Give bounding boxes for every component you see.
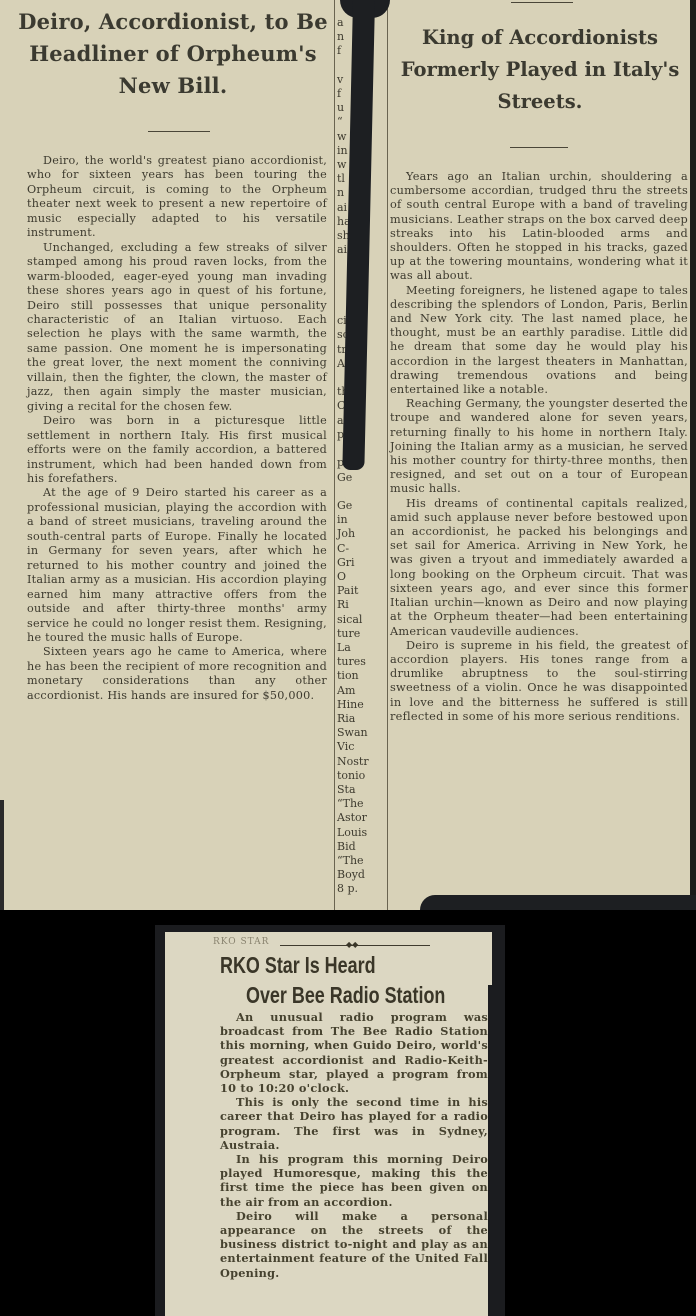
paragraph: Deiro was born in a picturesque little s… — [27, 414, 327, 486]
bottom-headline-line1: RKO Star Is Heard — [220, 952, 376, 979]
bottom-headline-line2: Over Bee Radio Station — [246, 982, 445, 1009]
paragraph: Deiro will make a personal appearance on… — [220, 1209, 488, 1280]
bottom-article-body: An unusual radio program was broadcast f… — [220, 1010, 488, 1280]
torn-edge — [488, 985, 504, 1316]
right-article-body: Years ago an Italian urchin, shouldering… — [390, 170, 688, 724]
top-rule — [511, 2, 573, 3]
paragraph: Sixteen years ago he came to America, wh… — [27, 645, 327, 703]
paragraph: His dreams of continental capitals reali… — [390, 497, 688, 639]
paragraph: Reaching Germany, the youngster deserted… — [390, 397, 688, 496]
faded-header: RKO STAR — [213, 937, 269, 947]
paragraph: At the age of 9 Deiro started his career… — [27, 486, 327, 645]
paragraph: Deiro, the world's greatest piano accord… — [27, 154, 327, 241]
headline-rule — [148, 131, 210, 132]
paragraph: In his program this morning Deiro played… — [220, 1152, 488, 1209]
paragraph: This is only the second time in his care… — [220, 1095, 488, 1152]
newspaper-clipping-top: Deiro, Accordionist, to Be Headliner of … — [0, 0, 696, 910]
left-article-body: Deiro, the world's greatest piano accord… — [27, 154, 327, 703]
paragraph: Unchanged, excluding a few streaks of si… — [27, 241, 327, 414]
ornament-dots: ◆◆ — [346, 940, 358, 949]
left-column: Deiro, Accordionist, to Be Headliner of … — [0, 0, 334, 910]
paragraph: An unusual radio program was broadcast f… — [220, 1010, 488, 1095]
headline-rule — [510, 147, 568, 148]
paragraph: Deiro is supreme in his field, the great… — [390, 639, 688, 724]
background-edge — [690, 0, 696, 910]
torn-edge — [420, 895, 696, 910]
left-headline: Deiro, Accordionist, to Be Headliner of … — [14, 6, 332, 102]
paragraph: Meeting foreigners, he listened agape to… — [390, 284, 688, 398]
right-headline: King of Accordionists Formerly Played in… — [392, 22, 688, 118]
paragraph: Years ago an Italian urchin, shouldering… — [390, 170, 688, 284]
background-edge — [0, 800, 4, 910]
